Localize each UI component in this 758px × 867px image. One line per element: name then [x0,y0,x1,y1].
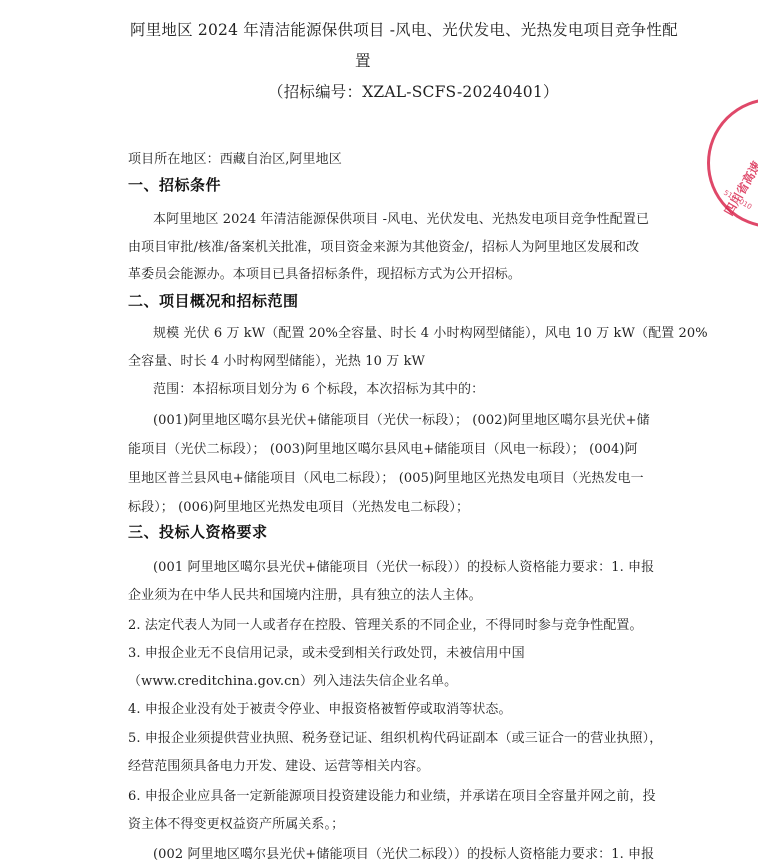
paragraph-line: 3. 申报企业无不良信用记录，或未受到相关行政处罚，未被信用中国 [128,642,525,661]
paragraph-line: 能项目（光伏二标段）； (003)阿里地区噶尔县风电+储能项目（风电一标段）； … [128,438,638,457]
paragraph-line: 经营范围须具备电力开发、建设、运营等相关内容。 [128,755,429,774]
paragraph-line: 6. 申报企业应具备一定新能源项目投资建设能力和业绩，并承诺在项目全容量并网之前… [128,785,656,804]
paragraph-line: 2. 法定代表人为同一人或者存在控股、管理关系的不同企业，不得同时参与竞争性配置… [128,614,643,633]
paragraph-line: 由项目审批/核准/备案机关批准，项目资金来源为其他资金/，招标人为阿里地区发展和… [128,236,639,255]
paragraph-line: 全容量、时长 4 小时构网型储能），光热 10 万 kW [128,350,425,369]
paragraph-line: 本阿里地区 2024 年清洁能源保供项目 -风电、光伏发电、光热发电项目竞争性配… [153,208,649,227]
section-heading-3: 三、投标人资格要求 [128,521,268,542]
paragraph-line: 范围：本招标项目划分为 6 个标段，本次招标为其中的： [153,378,484,397]
paragraph-line: 5. 申报企业须提供营业执照、税务登记证、组织机构代码证副本（或三证合一的营业执… [128,727,662,746]
paragraph-line: 标段）； (006)阿里地区光热发电项目（光热发电二标段）； [128,496,469,515]
paragraph-line: （www.creditchina.gov.cn）列入违法失信企业名单。 [128,670,457,689]
document-title-line1: 阿里地区 2024 年清洁能源保供项目 -风电、光伏发电、光热发电项目竞争性配 [130,18,690,40]
paragraph-line: 4. 申报企业没有处于被责令停业、申报资格被暂停或取消等状态。 [128,698,512,717]
section-heading-2: 二、项目概况和招标范围 [128,290,299,311]
paragraph-line: (001 阿里地区噶尔县光伏+储能项目（光伏一标段））的投标人资格能力要求：1.… [153,556,654,575]
paragraph-line: (002 阿里地区噶尔县光伏+储能项目（光伏二标段））的投标人资格能力要求：1.… [153,843,654,862]
project-location: 项目所在地区：西藏自治区,阿里地区 [128,148,342,167]
document-title-line2: 置 [355,49,395,71]
paragraph-line: 资主体不得变更权益资产所属关系。； [128,813,344,832]
paragraph-line: 规模 光伏 6 万 kW（配置 20%全容量、时长 4 小时构网型储能），风电 … [153,322,708,341]
paragraph-line: 企业须为在中华人民共和国境内注册，具有独立的法人主体。 [128,584,482,603]
document-page: 阿里地区 2024 年清洁能源保供项目 -风电、光伏发电、光热发电项目竞争性配 … [0,0,758,867]
paragraph-line: 革委员会能源办。本项目已具备招标条件，现招标方式为公开招标。 [128,263,521,282]
paragraph-line: 里地区普兰县风电+储能项目（风电二标段）； (005)阿里地区光热发电项目（光热… [128,467,644,486]
tender-number: （招标编号：XZAL-SCFS-20240401） [268,80,568,102]
section-heading-1: 一、招标条件 [128,174,221,195]
paragraph-line: (001)阿里地区噶尔县光伏+储能项目（光伏一标段）； (002)阿里地区噶尔县… [153,409,650,428]
